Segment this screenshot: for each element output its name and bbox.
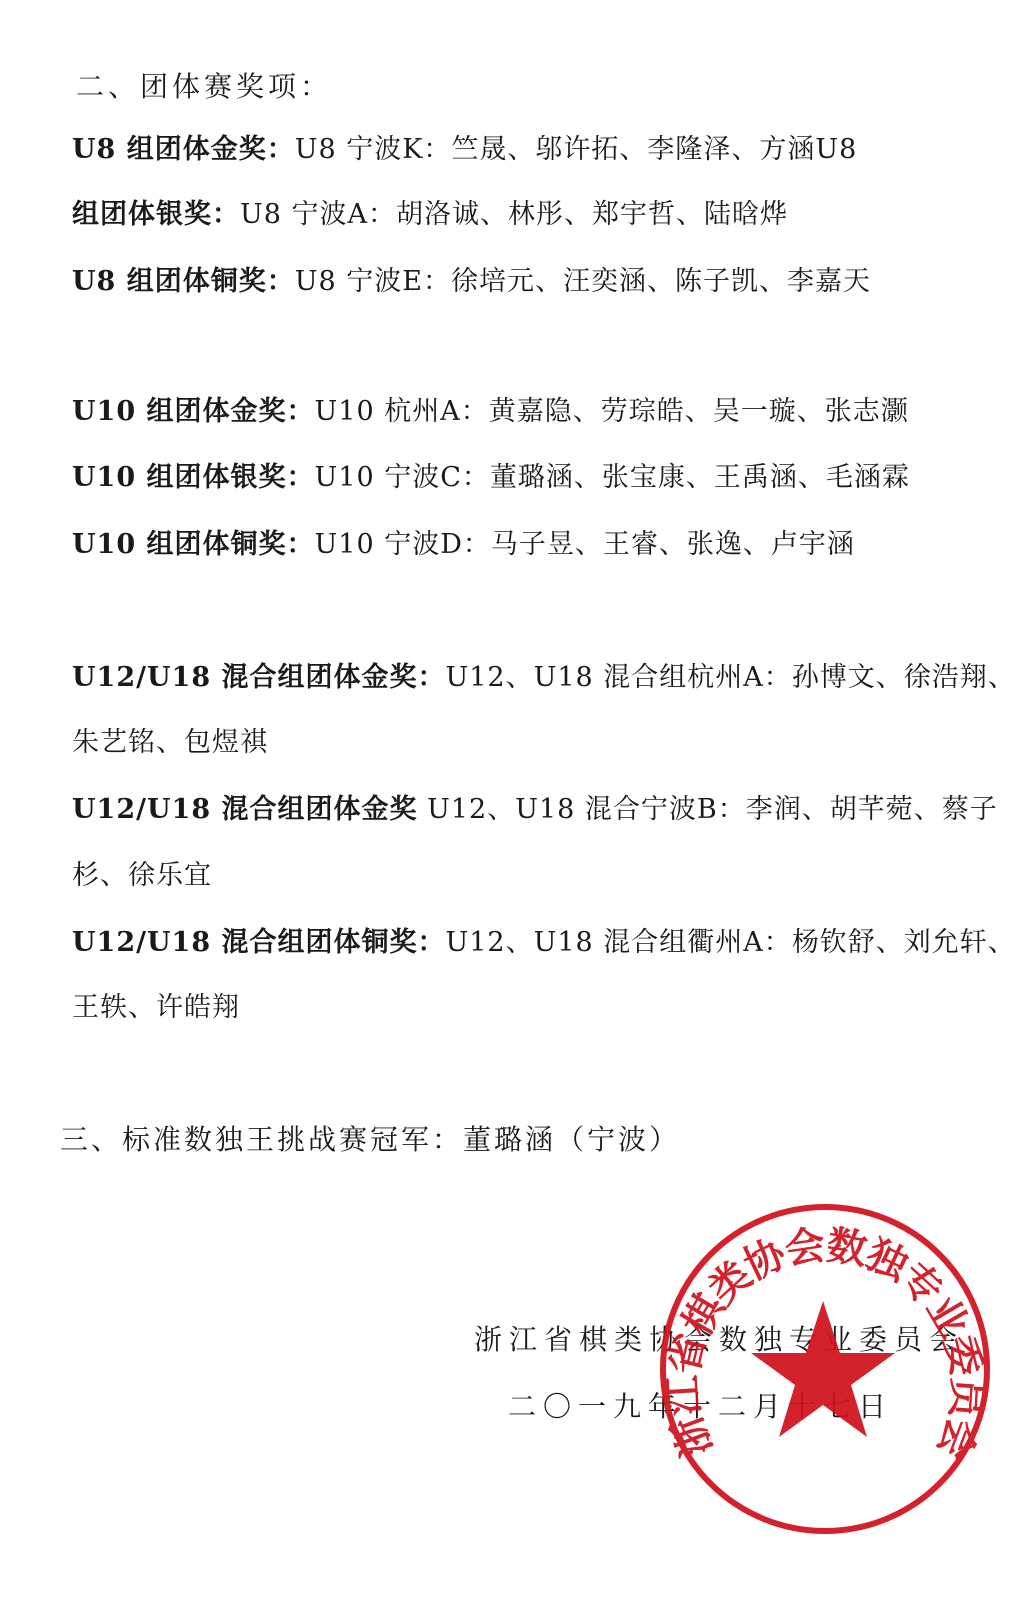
section-heading-team-awards: 二、团体赛奖项： [76,69,332,105]
award-u12u18-gold-hangzhou-cont: 朱艺铭、包煜祺 [72,725,268,761]
award-label: U10 组团体铜奖： [72,529,315,560]
award-u8-gold: U8 组团体金奖：U8 宁波K：竺晟、邬许拓、李隆泽、方涵U8 [72,132,857,168]
award-team: U8 宁波E： [295,266,451,297]
award-u12u18-bronze: U12/U18 混合组团体铜奖：U12、U18 混合组衢州A：杨钦舒、刘允轩、 [72,925,1016,961]
award-label: U12/U18 混合组团体金奖 [72,794,418,825]
award-u8-silver: 组团体银奖：U8 宁波A：胡洛诚、林彤、郑宇哲、陆晗烨 [72,197,788,233]
award-label: U12/U18 混合组团体铜奖： [72,927,446,958]
award-members: 黄嘉隐、劳琮皓、吴一璇、张志灏 [489,396,909,427]
award-u12u18-bronze-cont: 王轶、许皓翔 [72,990,240,1026]
award-team: U8 宁波A： [240,199,396,230]
award-u10-silver: U10 组团体银奖：U10 宁波C：董璐涵、张宝康、王禹涵、毛涵霖 [72,460,910,496]
award-label: U12/U18 混合组团体金奖： [72,662,446,693]
award-team: U10 宁波D： [315,529,491,560]
section-sudoku-king-champion: 三、标准数独王挑战赛冠军：董璐涵（宁波） [60,1122,680,1158]
award-members: 董璐涵、张宝康、王禹涵、毛涵霖 [490,462,910,493]
award-members: 李润、胡芊菀、蔡子 [746,794,998,825]
award-team: U10 杭州A： [315,396,489,427]
award-members: 杨钦舒、刘允轩、 [792,927,1016,958]
award-members: 竺晟、邬许拓、李隆泽、方涵U8 [451,134,857,165]
award-team: U12、U18 混合宁波B： [418,794,746,825]
award-members: 马子昱、王睿、张逸、卢宇涵 [491,529,855,560]
award-label: U10 组团体银奖： [72,462,315,493]
award-label: U10 组团体金奖： [72,396,315,427]
award-u12u18-gold-hangzhou: U12/U18 混合组团体金奖：U12、U18 混合组杭州A：孙博文、徐浩翔、 [72,660,1016,696]
award-u10-gold: U10 组团体金奖：U10 杭州A：黄嘉隐、劳琮皓、吴一璇、张志灏 [72,394,909,430]
award-team: U10 宁波C： [315,462,490,493]
official-seal-stamp: 浙江省棋类协会数独专业委员会 [659,1203,991,1535]
award-members: 胡洛诚、林彤、郑宇哲、陆晗烨 [396,199,788,230]
award-u12u18-gold-ningbo: U12/U18 混合组团体金奖 U12、U18 混合宁波B：李润、胡芊菀、蔡子 [72,792,998,828]
award-team: U8 宁波K： [295,134,452,165]
award-u10-bronze: U10 组团体铜奖：U10 宁波D：马子昱、王睿、张逸、卢宇涵 [72,527,855,563]
award-team: U12、U18 混合组杭州A： [446,662,792,693]
award-members: 孙博文、徐浩翔、 [792,662,1016,693]
award-u8-bronze: U8 组团体铜奖：U8 宁波E：徐培元、汪奕涵、陈子凯、李嘉天 [72,264,871,300]
star-icon [751,1301,895,1437]
award-label: U8 组团体金奖： [72,134,295,165]
award-team: U12、U18 混合组衢州A： [446,927,792,958]
award-members: 徐培元、汪奕涵、陈子凯、李嘉天 [451,266,871,297]
award-u12u18-gold-ningbo-cont: 杉、徐乐宜 [72,858,212,894]
award-label: U8 组团体铜奖： [72,266,295,297]
award-label: 组团体银奖： [72,199,240,230]
